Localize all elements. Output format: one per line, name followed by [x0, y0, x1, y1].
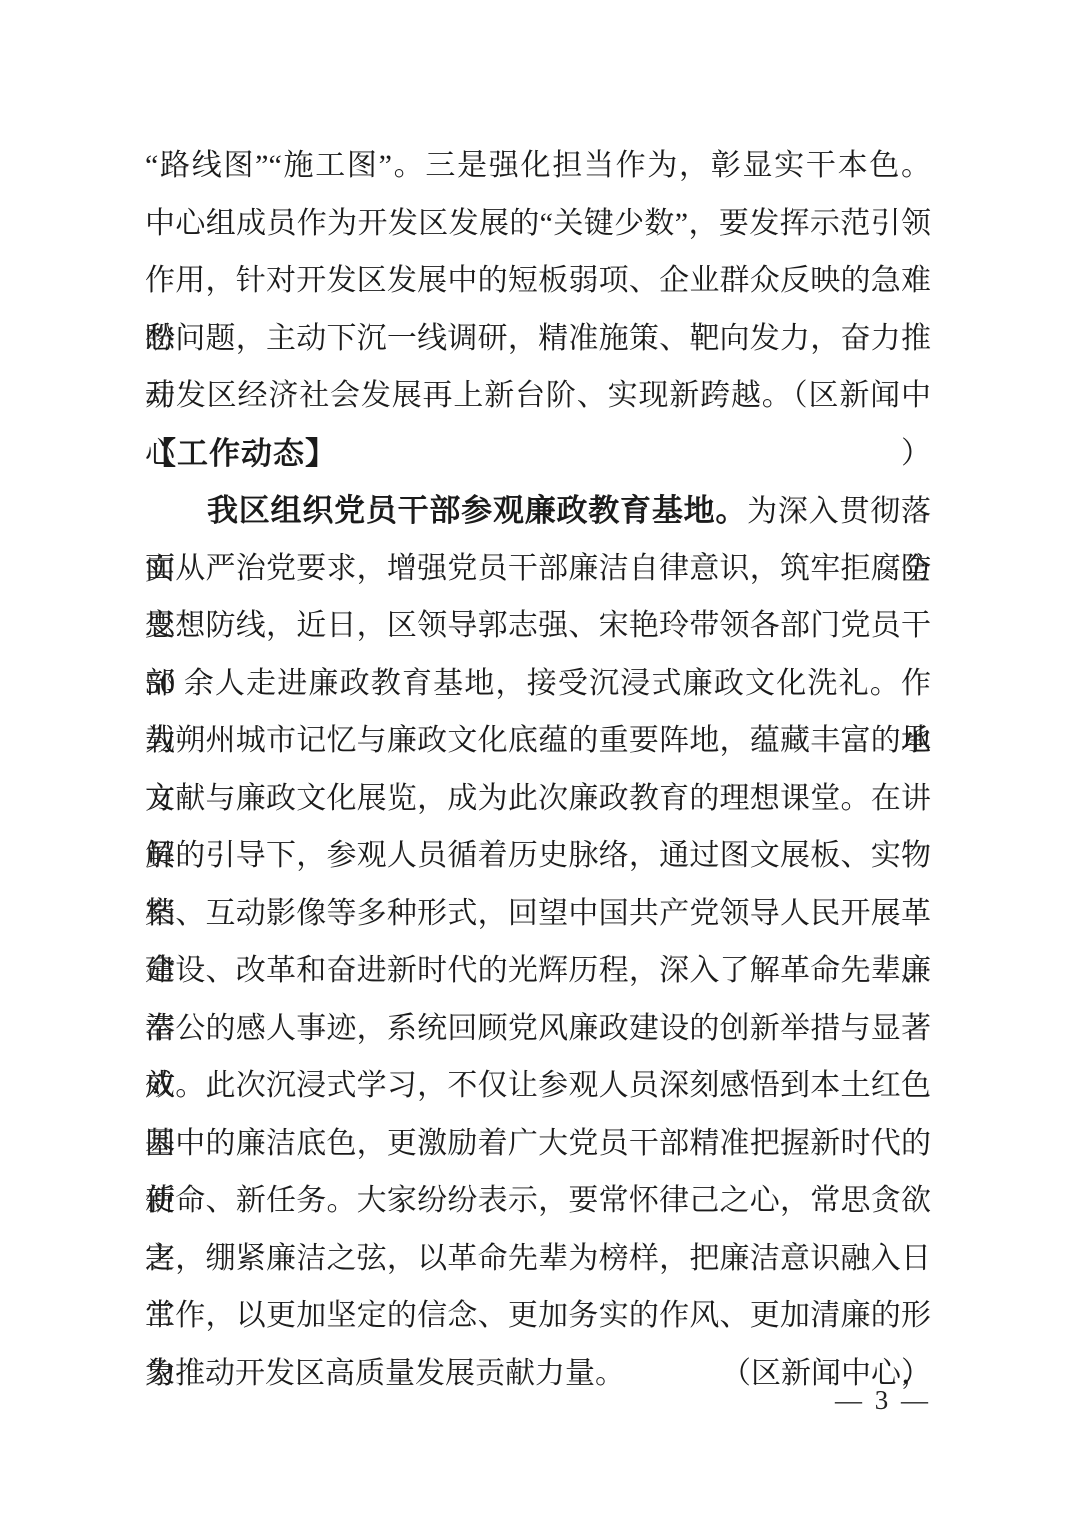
text-line: 作用，针对开发区发展中的短板弱项、企业群众反映的急难愁 — [145, 252, 931, 310]
news-paragraph: 我区组织党员干部参观廉政教育基地。为深入贯彻落实全 面从严治党要求，增强党员干部… — [145, 482, 931, 1402]
news-line: 因中的廉洁底色，更激励着广大党员干部精准把握新时代的新 — [145, 1115, 931, 1173]
news-line: 员的引导下，参观人员循着历史脉络，通过图文展板、实物档 — [145, 827, 931, 885]
news-first-line: 我区组织党员干部参观廉政教育基地。为深入贯彻落实全 — [145, 482, 931, 540]
news-line: 建设、改革和奋进新时代的光辉历程，深入了解革命先辈廉洁 — [145, 942, 931, 1000]
news-line: 文献与廉政文化展览，成为此次廉政教育的理想课堂。在讲解 — [145, 770, 931, 828]
page-content: “路线图”“施工图”。三是强化担当作为，彰显实干本色。 中心组成员作为开发区发展… — [145, 137, 931, 1402]
text-line: 开发区经济社会发展再上新台阶、实现新跨越。（区新闻中心） — [145, 367, 931, 425]
news-line: 载朔州城市记忆与廉政文化底蕴的重要阵地，蕴藏丰富的地方 — [145, 712, 931, 770]
news-line: 害，绷紧廉洁之弦，以革命先辈为榜样，把廉洁意识融入日常 — [145, 1230, 931, 1288]
page-number: — 3 — — [145, 1385, 931, 1416]
news-line: 效。此次沉浸式学习，不仅让参观人员深刻感悟到本土红色基 — [145, 1057, 931, 1115]
closing-paragraph: “路线图”“施工图”。三是强化担当作为，彰显实干本色。 中心组成员作为开发区发展… — [145, 137, 931, 425]
text-line: 盼问题，主动下沉一线调研，精准施策、靶向发力，奋力推动 — [145, 310, 931, 368]
news-lead-sentence: 我区组织党员干部参观廉政教育基地。 — [207, 493, 747, 528]
news-line: 案、互动影像等多种形式，回望中国共产党领导人民开展革命、 — [145, 885, 931, 943]
news-line: 奉公的感人事迹，系统回顾党风廉政建设的创新举措与显著成 — [145, 1000, 931, 1058]
document-page: “路线图”“施工图”。三是强化担当作为，彰显实干本色。 中心组成员作为开发区发展… — [0, 0, 1074, 1520]
news-line: 工作，以更加坚定的信念、更加务实的作风、更加清廉的形象， — [145, 1287, 931, 1345]
news-line: 面从严治党要求，增强党员干部廉洁自律意识，筑牢拒腐防变 — [145, 540, 931, 598]
news-line: 50 余人走进廉政教育基地，接受沉浸式廉政文化洗礼。作为承 — [145, 655, 931, 713]
news-line: 思想防线，近日，区领导郭志强、宋艳玲带领各部门党员干部 — [145, 597, 931, 655]
news-line: 使命、新任务。大家纷纷表示，要常怀律己之心，常思贪欲之 — [145, 1172, 931, 1230]
text-line: “路线图”“施工图”。三是强化担当作为，彰显实干本色。 — [145, 137, 931, 195]
text-line: 中心组成员作为开发区发展的“关键少数”，要发挥示范引领 — [145, 195, 931, 253]
